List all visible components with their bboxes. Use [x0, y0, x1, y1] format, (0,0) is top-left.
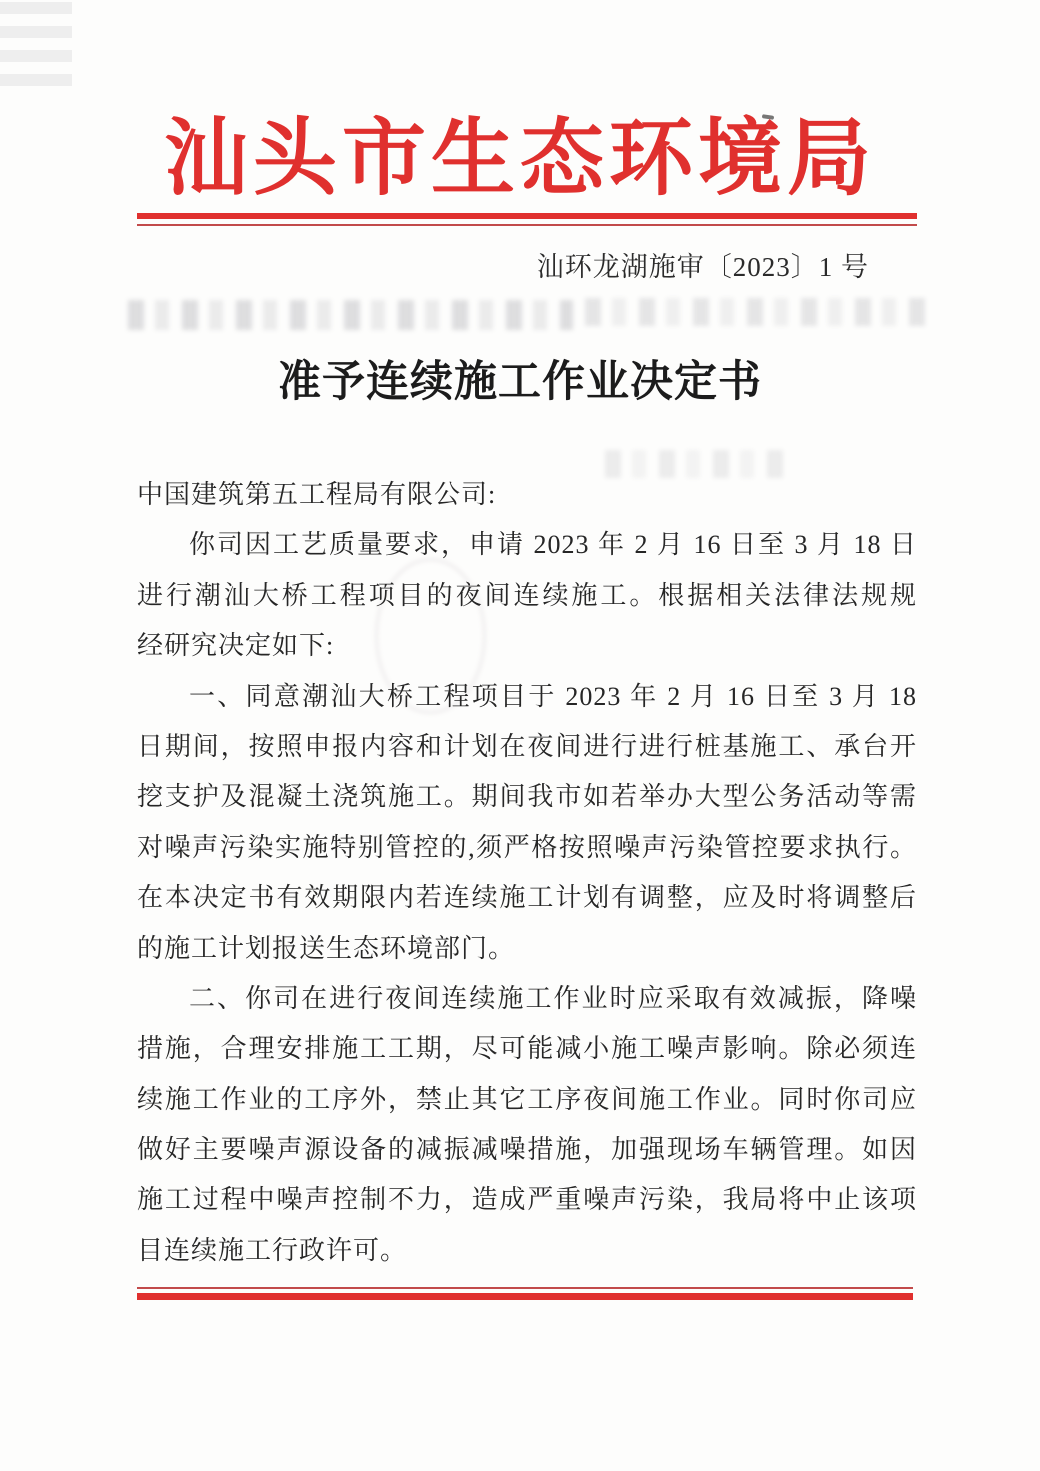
- header-separator-thin: [137, 224, 917, 226]
- body-line: 措施，合理安排施工工期，尽可能减小施工噪声影响。除必须连: [137, 1024, 917, 1074]
- body-line: 日期间，按照申报内容和计划在夜间进行进行桩基施工、承台开: [137, 722, 917, 772]
- body-line: 对噪声污染实施特别管控的,须严格按照噪声污染管控要求执行。: [137, 823, 917, 873]
- scanned-official-document-page: 汕头市生态环境局 汕环龙湖施审〔2023〕1 号 准予连续施工作业决定书 中国建…: [0, 0, 1040, 1471]
- body-line: 一、同意潮汕大桥工程项目于 2023 年 2 月 16 日至 3 月 18: [137, 672, 917, 722]
- header-separator-thick: [137, 213, 917, 219]
- body-line: 你司因工艺质量要求，申请 2023 年 2 月 16 日至 3 月 18 日: [137, 520, 917, 570]
- body-line: 的施工计划报送生态环境部门。: [137, 924, 917, 974]
- body-line-salutation: 中国建筑第五工程局有限公司:: [137, 470, 917, 520]
- bleed-through-artifact: [0, 0, 72, 86]
- document-title: 准予连续施工作业决定书: [0, 357, 1040, 409]
- document-number: 汕环龙湖施审〔2023〕1 号: [137, 247, 917, 287]
- body-line: 施工过程中噪声控制不力，造成严重噪声污染，我局将中止该项: [137, 1175, 917, 1225]
- end-separator-thick: [137, 1293, 913, 1300]
- agency-title: 汕头市生态环境局: [0, 110, 1040, 210]
- body-line: 目连续施工行政许可。: [137, 1226, 917, 1276]
- body-line: 在本决定书有效期限内若连续施工计划有调整，应及时将调整后: [137, 873, 917, 923]
- body-line: 挖支护及混凝土浇筑施工。期间我市如若举办大型公务活动等需: [137, 772, 917, 822]
- body-line: 二、你司在进行夜间连续施工作业时应采取有效减振，降噪: [137, 974, 917, 1024]
- body-line: 进行潮汕大桥工程项目的夜间连续施工。根据相关法律法规规定，: [137, 571, 917, 621]
- bleed-through-artifact: [128, 300, 573, 330]
- body-line: 做好主要噪声源设备的减振减噪措施，加强现场车辆管理。如因: [137, 1125, 917, 1175]
- end-separator-thin: [137, 1287, 913, 1289]
- body-line: 续施工作业的工序外，禁止其它工序夜间施工作业。同时你司应: [137, 1075, 917, 1125]
- body-line: 经研究决定如下:: [137, 621, 917, 671]
- bleed-through-artifact: [585, 298, 930, 326]
- body-text: 中国建筑第五工程局有限公司: 你司因工艺质量要求，申请 2023 年 2 月 1…: [137, 470, 917, 1276]
